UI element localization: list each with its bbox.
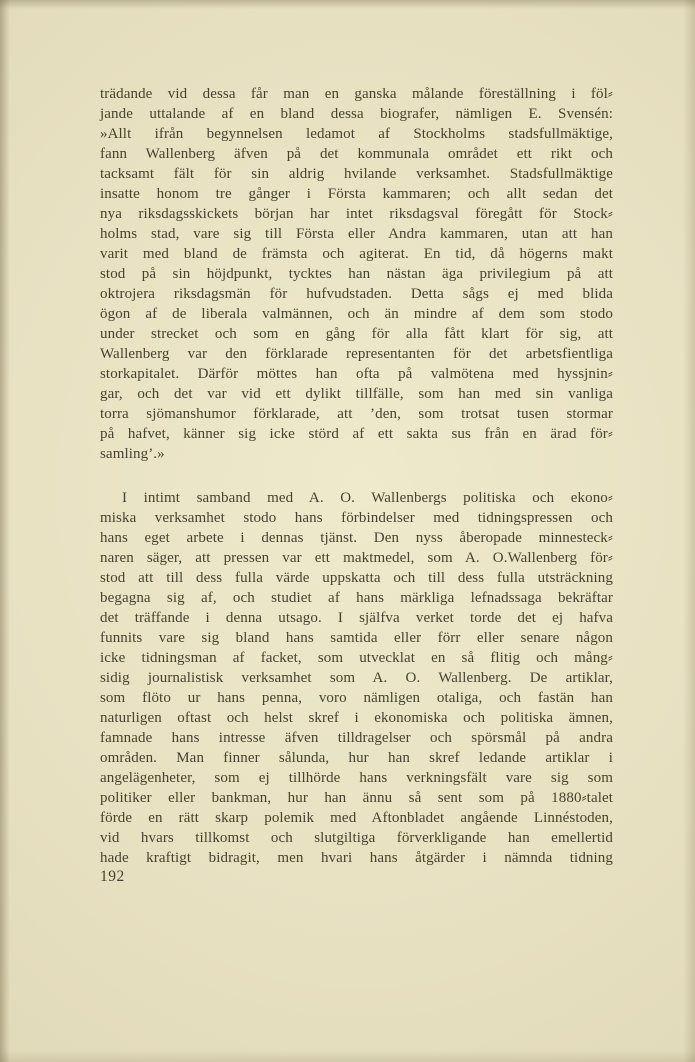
text-line: trädande vid dessa får man en ganska mål…: [100, 84, 613, 104]
paragraph: I intimt samband med A. O. Wallenbergs p…: [100, 488, 613, 868]
book-page: trädande vid dessa får man en ganska mål…: [0, 0, 695, 1062]
text-line: oktrojera riksdagsmän för hufvudstaden. …: [100, 284, 613, 304]
text-line: tacksamt fält för sin aldrig hvilande ve…: [100, 164, 613, 184]
text-line: torra sjömanshumor förklarade, att ’den,…: [100, 404, 613, 424]
text-line: områden. Man finner sålunda, hur han skr…: [100, 748, 613, 768]
text-line: angelägenheter, som ej tillhörde hans ve…: [100, 768, 613, 788]
text-line: naturligen oftast och helst skref i ekon…: [100, 708, 613, 728]
text-line: hans eget arbete i dennas tjänst. Den ny…: [100, 528, 613, 548]
text-line: stod att till dess fulla värde uppskatta…: [100, 568, 613, 588]
text-line: miska verksamhet stodo hans förbindelser…: [100, 508, 613, 528]
text-line: insatte honom tre gånger i Första kammar…: [100, 184, 613, 204]
text-line: sidig journalistisk verksamhet som A. O.…: [100, 668, 613, 688]
text-line: famnade hans intresse äfven tilldragelse…: [100, 728, 613, 748]
text-line: I intimt samband med A. O. Wallenbergs p…: [100, 488, 613, 508]
text-line: under strecket och som en gång för alla …: [100, 324, 613, 344]
text-line: hade kraftigt bidragit, men hvari hans å…: [100, 848, 613, 868]
text-line: »Allt ifrån begynnelsen ledamot af Stock…: [100, 124, 613, 144]
text-line: jande uttalande af en bland dessa biogra…: [100, 104, 613, 124]
text-line: icke tidningsman af facket, som utveckla…: [100, 648, 613, 668]
text-line: det träffande i denna utsago. I själfva …: [100, 608, 613, 628]
text-line: som flöto ur hans penna, voro nämligen o…: [100, 688, 613, 708]
text-line: förde en rätt skarp polemik med Aftonbla…: [100, 808, 613, 828]
paragraph: trädande vid dessa får man en ganska mål…: [100, 84, 613, 464]
text-line: politiker eller bankman, hur han ännu så…: [100, 788, 613, 808]
text-line: gar, och det var vid ett dylikt tillfäll…: [100, 384, 613, 404]
text-line: stod på sin höjdpunkt, tycktes han nästa…: [100, 264, 613, 284]
page-number: 192: [100, 868, 125, 886]
text-line: holms stad, vare sig till Första eller A…: [100, 224, 613, 244]
page-text: trädande vid dessa får man en ganska mål…: [100, 84, 613, 868]
text-line: fann Wallenberg äfven på det kommunala o…: [100, 144, 613, 164]
text-line: funnits vare sig bland hans samtida elle…: [100, 628, 613, 648]
text-line: samling’.»: [100, 444, 613, 464]
text-line: naren säger, att pressen var ett maktmed…: [100, 548, 613, 568]
text-line: varit med bland de främsta och agiterat.…: [100, 244, 613, 264]
text-line: begagna sig af, och studiet af hans märk…: [100, 588, 613, 608]
text-line: vid hvars tillkomst och slutgiltiga förv…: [100, 828, 613, 848]
text-line: storkapitalet. Därför möttes han ofta på…: [100, 364, 613, 384]
text-line: på hafvet, känner sig icke störd af ett …: [100, 424, 613, 444]
text-line: nya riksdagsskickets början har intet ri…: [100, 204, 613, 224]
text-line: ögon af de liberala valmännen, och än mi…: [100, 304, 613, 324]
text-line: Wallenberg var den förklarade representa…: [100, 344, 613, 364]
